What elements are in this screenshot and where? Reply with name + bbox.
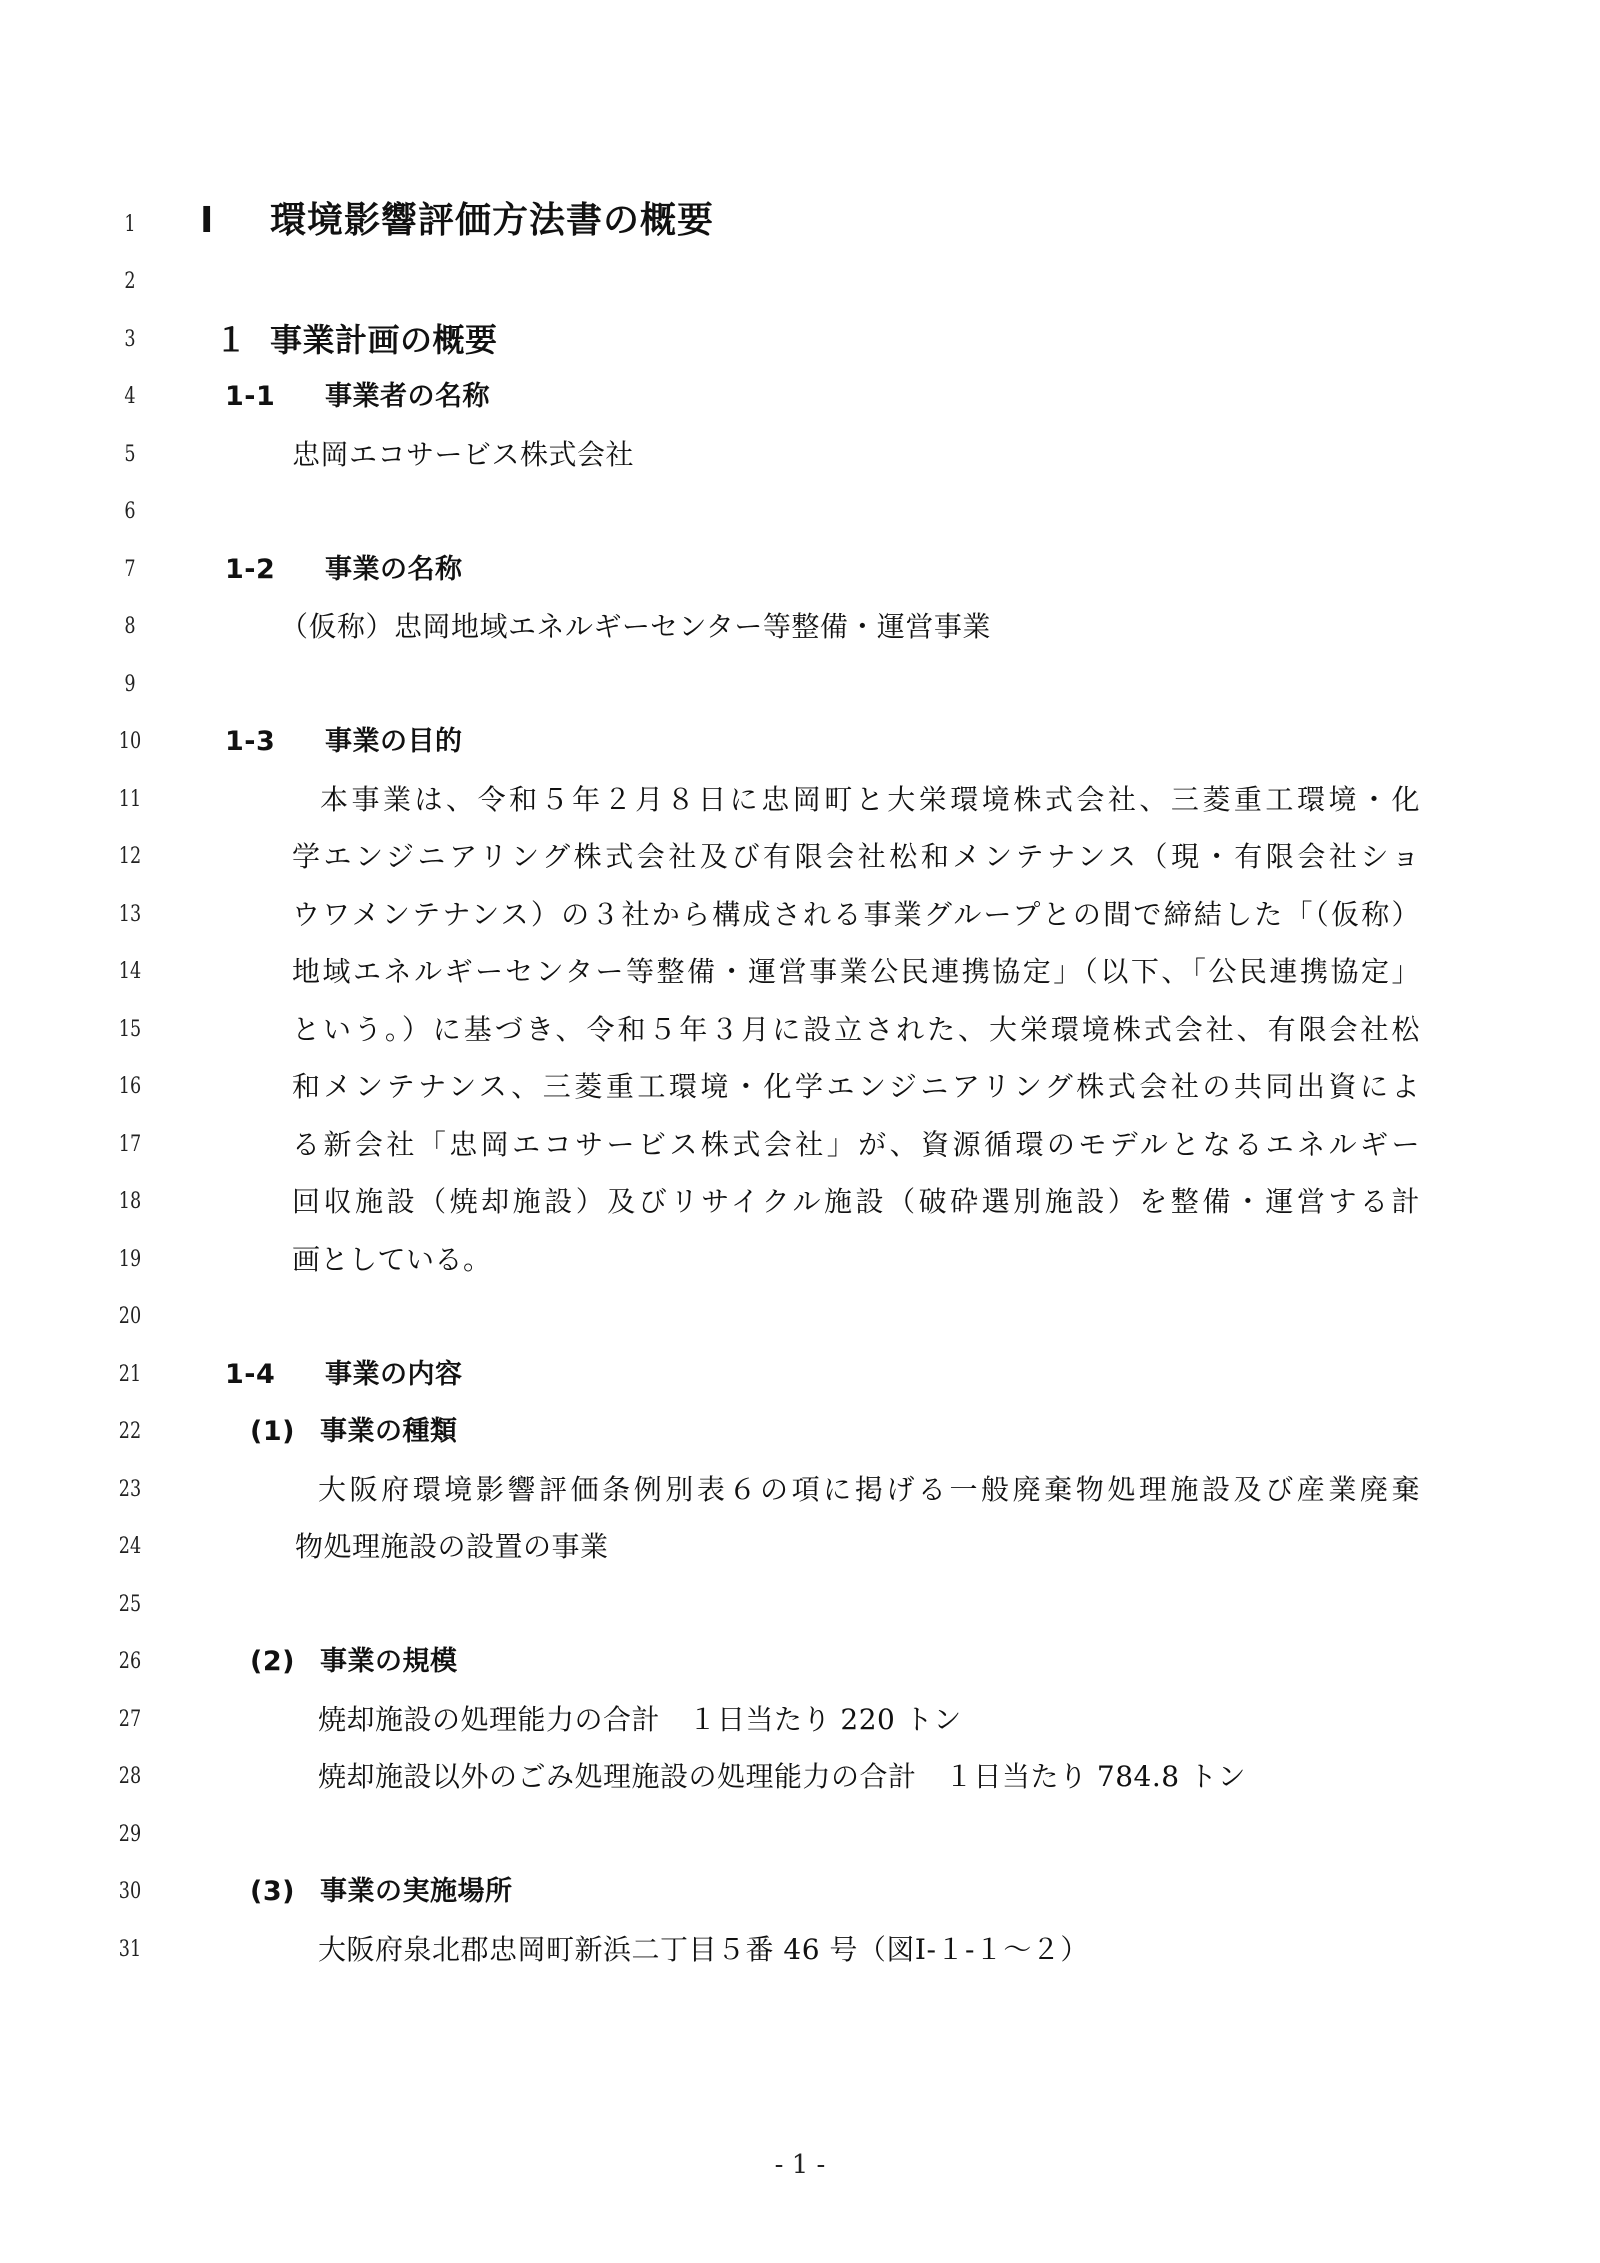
doc-line-16: 16 和メンテナンス、三菱重工環境・化学エンジニアリング株式会社の共同出資によ	[0, 1067, 1600, 1107]
business-type-line: 大阪府環境影響評価条例別表６の項に掲げる一般廃棄物処理施設及び産業廃棄	[318, 1470, 1420, 1510]
doc-line-26: 26 (2)事業の規模	[0, 1642, 1600, 1682]
line-number: 1	[114, 205, 146, 245]
subsection-title: 事業の目的	[325, 726, 463, 757]
line-number: 22	[114, 1412, 146, 1452]
doc-line-12: 12 学エンジニアリング株式会社及び有限会社松和メンテナンス（現・有限会社ショ	[0, 837, 1600, 877]
doc-line-10: 10 1-3事業の目的	[0, 722, 1600, 762]
chapter-title: 環境影響評価方法書の概要	[270, 200, 714, 241]
line-number: 20	[114, 1297, 146, 1337]
doc-line-25: 25	[0, 1585, 1600, 1625]
doc-line-9: 9	[0, 665, 1600, 705]
section-heading: １事業計画の概要	[215, 320, 498, 360]
purpose-paragraph-line: ウワメンテナンス）の３社から構成される事業グループとの間で締結した「（仮称）	[292, 895, 1420, 935]
business-name: （仮称）忠岡地域エネルギーセンター等整備・運営事業	[280, 607, 991, 647]
subsection-heading: 1-1事業者の名称	[225, 377, 490, 417]
subsection-number: 1-3	[225, 722, 325, 762]
purpose-paragraph-line: 学エンジニアリング株式会社及び有限会社松和メンテナンス（現・有限会社ショ	[292, 837, 1420, 877]
line-number: 19	[114, 1240, 146, 1280]
item-title: 事業の規模	[320, 1646, 458, 1677]
item-heading: (3)事業の実施場所	[250, 1872, 513, 1912]
item-number: (2)	[250, 1642, 320, 1682]
doc-line-4: 4 1-1事業者の名称	[0, 377, 1600, 417]
doc-line-28: 28 焼却施設以外のごみ処理施設の処理能力の合計 １日当たり 784.8 トン	[0, 1757, 1600, 1797]
doc-line-17: 17 る新会社「忠岡エコサービス株式会社」が、資源循環のモデルとなるエネルギー	[0, 1125, 1600, 1165]
chapter-heading: Ⅰ環境影響評価方法書の概要	[200, 201, 714, 241]
line-number: 18	[114, 1182, 146, 1222]
business-scale-line: 焼却施設の処理能力の合計 １日当たり 220 トン	[318, 1700, 962, 1740]
line-number: 14	[114, 952, 146, 992]
doc-line-3: 3 １事業計画の概要	[0, 320, 1600, 360]
subsection-title: 事業の名称	[325, 554, 463, 585]
doc-line-21: 21 1-4事業の内容	[0, 1355, 1600, 1395]
line-number: 8	[114, 607, 146, 647]
doc-line-18: 18 回収施設（焼却施設）及びリサイクル施設（破砕選別施設）を整備・運営する計	[0, 1182, 1600, 1222]
line-number: 4	[114, 377, 146, 417]
purpose-paragraph-line: 画としている。	[292, 1240, 492, 1280]
line-number: 23	[114, 1470, 146, 1510]
line-number: 29	[114, 1815, 146, 1855]
line-number: 26	[114, 1642, 146, 1682]
item-heading: (2)事業の規模	[250, 1642, 458, 1682]
line-number: 24	[114, 1527, 146, 1567]
line-number: 13	[114, 895, 146, 935]
doc-line-1: 1 Ⅰ環境影響評価方法書の概要	[0, 205, 1600, 245]
line-number: 10	[114, 722, 146, 762]
purpose-paragraph-line: 地域エネルギーセンター等整備・運営事業公民連携協定」（以下、「公民連携協定」	[292, 952, 1420, 992]
subsection-heading: 1-4事業の内容	[225, 1355, 463, 1395]
subsection-heading: 1-3事業の目的	[225, 722, 463, 762]
line-number: 27	[114, 1700, 146, 1740]
doc-line-6: 6	[0, 492, 1600, 532]
doc-line-20: 20	[0, 1297, 1600, 1337]
line-number: 6	[114, 492, 146, 532]
purpose-paragraph-line: る新会社「忠岡エコサービス株式会社」が、資源循環のモデルとなるエネルギー	[292, 1125, 1420, 1165]
chapter-numeral: Ⅰ	[200, 201, 270, 241]
doc-line-22: 22 (1)事業の種類	[0, 1412, 1600, 1452]
purpose-paragraph-line: 和メンテナンス、三菱重工環境・化学エンジニアリング株式会社の共同出資によ	[292, 1067, 1420, 1107]
line-number: 15	[114, 1010, 146, 1050]
purpose-paragraph-line: 本事業は、令和５年２月８日に忠岡町と大栄環境株式会社、三菱重工環境・化	[320, 780, 1420, 820]
subsection-number: 1-1	[225, 377, 325, 417]
item-title: 事業の実施場所	[320, 1876, 513, 1907]
doc-line-2: 2	[0, 262, 1600, 302]
line-number: 9	[114, 665, 146, 705]
line-number: 16	[114, 1067, 146, 1107]
line-number: 28	[114, 1757, 146, 1797]
line-number: 31	[114, 1930, 146, 1970]
subsection-title: 事業の内容	[325, 1359, 463, 1390]
line-number: 11	[114, 780, 146, 820]
item-number: (3)	[250, 1872, 320, 1912]
line-number: 2	[114, 262, 146, 302]
line-number: 3	[114, 320, 146, 360]
subsection-title: 事業者の名称	[325, 381, 490, 412]
business-type-line: 物処理施設の設置の事業	[295, 1527, 609, 1567]
section-title: 事業計画の概要	[270, 321, 498, 359]
business-operator-name: 忠岡エコサービス株式会社	[292, 435, 634, 475]
business-location-line: 大阪府泉北郡忠岡町新浜二丁目５番 46 号（図Ⅰ-１-１～２）	[318, 1930, 1089, 1970]
subsection-number: 1-2	[225, 550, 325, 590]
doc-line-11: 11 本事業は、令和５年２月８日に忠岡町と大栄環境株式会社、三菱重工環境・化	[0, 780, 1600, 820]
doc-line-29: 29	[0, 1815, 1600, 1855]
subsection-heading: 1-2事業の名称	[225, 550, 463, 590]
line-number: 7	[114, 550, 146, 590]
doc-line-31: 31 大阪府泉北郡忠岡町新浜二丁目５番 46 号（図Ⅰ-１-１～２）	[0, 1930, 1600, 1970]
section-number: １	[215, 320, 270, 360]
doc-line-27: 27 焼却施設の処理能力の合計 １日当たり 220 トン	[0, 1700, 1600, 1740]
item-number: (1)	[250, 1412, 320, 1452]
item-title: 事業の種類	[320, 1416, 458, 1447]
line-number: 30	[114, 1872, 146, 1912]
line-number: 17	[114, 1125, 146, 1165]
doc-line-15: 15 という。）に基づき、令和５年３月に設立された、大栄環境株式会社、有限会社松	[0, 1010, 1600, 1050]
purpose-paragraph-line: という。）に基づき、令和５年３月に設立された、大栄環境株式会社、有限会社松	[292, 1010, 1420, 1050]
doc-line-24: 24 物処理施設の設置の事業	[0, 1527, 1600, 1567]
line-number: 12	[114, 837, 146, 877]
line-number: 21	[114, 1355, 146, 1395]
doc-line-23: 23 大阪府環境影響評価条例別表６の項に掲げる一般廃棄物処理施設及び産業廃棄	[0, 1470, 1600, 1510]
doc-line-5: 5 忠岡エコサービス株式会社	[0, 435, 1600, 475]
purpose-paragraph-line: 回収施設（焼却施設）及びリサイクル施設（破砕選別施設）を整備・運営する計	[292, 1182, 1420, 1222]
line-number: 5	[114, 435, 146, 475]
doc-line-8: 8 （仮称）忠岡地域エネルギーセンター等整備・運営事業	[0, 607, 1600, 647]
doc-line-13: 13 ウワメンテナンス）の３社から構成される事業グループとの間で締結した「（仮称…	[0, 895, 1600, 935]
document-page: 1 Ⅰ環境影響評価方法書の概要 2 3 １事業計画の概要 4 1-1事業者の名称…	[0, 0, 1600, 2263]
doc-line-7: 7 1-2事業の名称	[0, 550, 1600, 590]
subsection-number: 1-4	[225, 1355, 325, 1395]
item-heading: (1)事業の種類	[250, 1412, 458, 1452]
page-number: - 1 -	[0, 2150, 1600, 2180]
doc-line-30: 30 (3)事業の実施場所	[0, 1872, 1600, 1912]
business-scale-line: 焼却施設以外のごみ処理施設の処理能力の合計 １日当たり 784.8 トン	[318, 1757, 1246, 1797]
line-number: 25	[114, 1585, 146, 1625]
doc-line-14: 14 地域エネルギーセンター等整備・運営事業公民連携協定」（以下、「公民連携協定…	[0, 952, 1600, 992]
doc-line-19: 19 画としている。	[0, 1240, 1600, 1280]
